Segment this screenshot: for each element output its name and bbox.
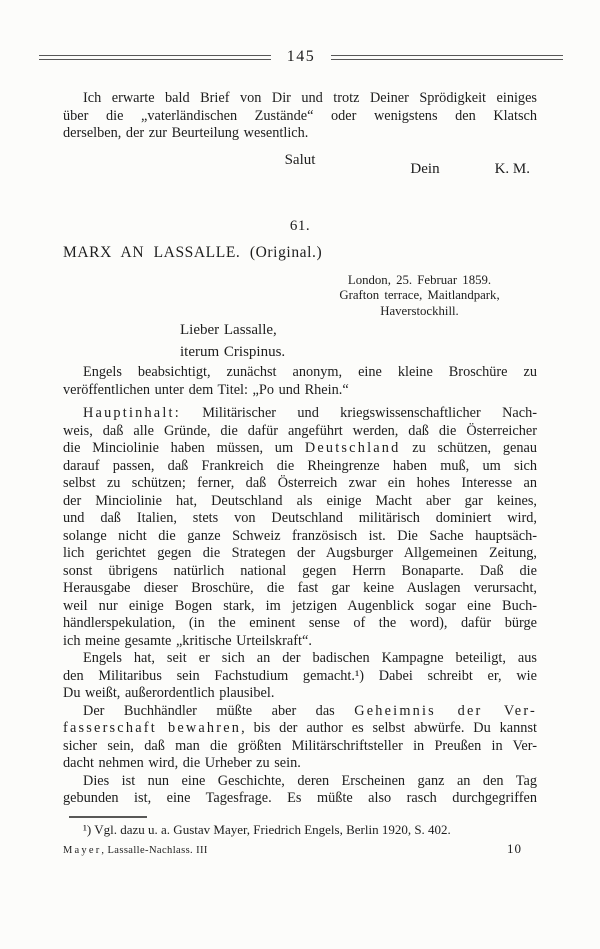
- body-paragraph: Dies ist nun eine Geschichte, deren Ersc…: [63, 773, 537, 808]
- text-line: solange nicht die ganze Schweiz französi…: [63, 528, 537, 546]
- closing-initials: K. M.: [495, 161, 530, 178]
- closing-dein: Dein: [410, 161, 439, 178]
- text-line: gebunden ist, eine Tagesfrage. Es müßte …: [63, 790, 537, 808]
- text-line: den Militaribus sein Fachstudium gemacht…: [63, 668, 537, 686]
- intro-paragraph: Ich erwarte bald Brief von Dir und trotz…: [63, 90, 537, 143]
- section-title: MARX AN LASSALLE. (Original.): [63, 244, 537, 262]
- text-line: fasserschaft bewahren, bis der author es…: [63, 720, 537, 738]
- salutation-block: Lieber Lassalle,iterum Crispinus.: [180, 319, 537, 363]
- text-line: lich gerichtet gegen die Strategen der A…: [63, 545, 537, 563]
- text-line: derselben, der zur Beurteilung wesentlic…: [63, 125, 537, 143]
- footnote-separator: [69, 816, 147, 818]
- running-header: 145: [39, 48, 563, 66]
- text-line: Herausgabe dieser Broschüre, die fast ga…: [63, 580, 537, 598]
- text-line: dacht nehmen wird, die Urheber zu sein.: [63, 755, 537, 773]
- page-number: 145: [283, 48, 320, 66]
- text-line: Du weißt, außerordentlich plausibel.: [63, 685, 537, 703]
- text-line: über die „vaterländischen Zustände“ oder…: [63, 108, 537, 126]
- page-footer: Mayer, Lassalle-Nachlass. III 10: [63, 841, 537, 857]
- body-paragraph: Hauptinhalt: Militärischer und kriegswis…: [63, 405, 537, 650]
- body-paragraph: Engels beabsichtigt, zunächst anonym, ei…: [63, 364, 537, 399]
- section-number: 61.: [63, 218, 537, 235]
- header-rule-left: [39, 55, 271, 60]
- text-line: Engels beabsichtigt, zunächst anonym, ei…: [63, 364, 537, 382]
- text-line: sonst übrigens natürlich national gegen …: [63, 563, 537, 581]
- footer-signature: Mayer, Lassalle-Nachlass. III: [63, 845, 208, 856]
- body-paragraph: Engels hat, seit er sich an der badische…: [63, 650, 537, 703]
- footnote-text: ¹) Vgl. dazu u. a. Gustav Mayer, Friedri…: [63, 822, 537, 838]
- text-line: der Minciolinie hat, Deutschland als ein…: [63, 493, 537, 511]
- dateline-block: London, 25. Februar 1859.Grafton terrace…: [302, 273, 537, 320]
- text-line: darauf passen, daß Frankreich die Rheing…: [63, 458, 537, 476]
- text-line: händlerspekulation, (in the eminent sens…: [63, 615, 537, 633]
- text-line: weis, daß alle Gründe, die dafür angefüh…: [63, 423, 537, 441]
- text-line: Hauptinhalt: Militärischer und kriegswis…: [63, 405, 537, 423]
- header-rule-right: [331, 55, 563, 60]
- text-line: weil nur einige Bogen stark, im jetzigen…: [63, 598, 537, 616]
- text-line: Der Buchhändler müßte aber das Geheimnis…: [63, 703, 537, 721]
- text-line: Dies ist nun eine Geschichte, deren Ersc…: [63, 773, 537, 791]
- text-line: iterum Crispinus.: [180, 341, 537, 363]
- letter-body: Engels beabsichtigt, zunächst anonym, ei…: [63, 364, 537, 808]
- text-line: Lieber Lassalle,: [180, 319, 537, 341]
- text-line: selbst zu schützen; ferner, daß Österrei…: [63, 475, 537, 493]
- body-paragraph: Der Buchhändler müßte aber das Geheimnis…: [63, 703, 537, 773]
- text-line: veröffentlichen unter dem Titel: „Po und…: [63, 382, 537, 400]
- text-line: Ich erwarte bald Brief von Dir und trotz…: [63, 90, 537, 108]
- text-line: sicher sein, daß man die größten Militär…: [63, 738, 537, 756]
- text-line: ich meine gesamte „kritische Urteilskraf…: [63, 633, 537, 651]
- text-line: Haverstockhill.: [302, 304, 537, 320]
- text-line: Engels hat, seit er sich an der badische…: [63, 650, 537, 668]
- text-line: London, 25. Februar 1859.: [302, 273, 537, 289]
- text-line: die Minciolinie haben müssen, um Deutsch…: [63, 440, 537, 458]
- book-page: 145 Ich erwarte bald Brief von Dir und t…: [0, 0, 600, 949]
- text-line: Grafton terrace, Maitlandpark,: [302, 288, 537, 304]
- text-line: und daß Italien, stets von Deutschland m…: [63, 510, 537, 528]
- footer-sheet-number: 10: [507, 841, 537, 857]
